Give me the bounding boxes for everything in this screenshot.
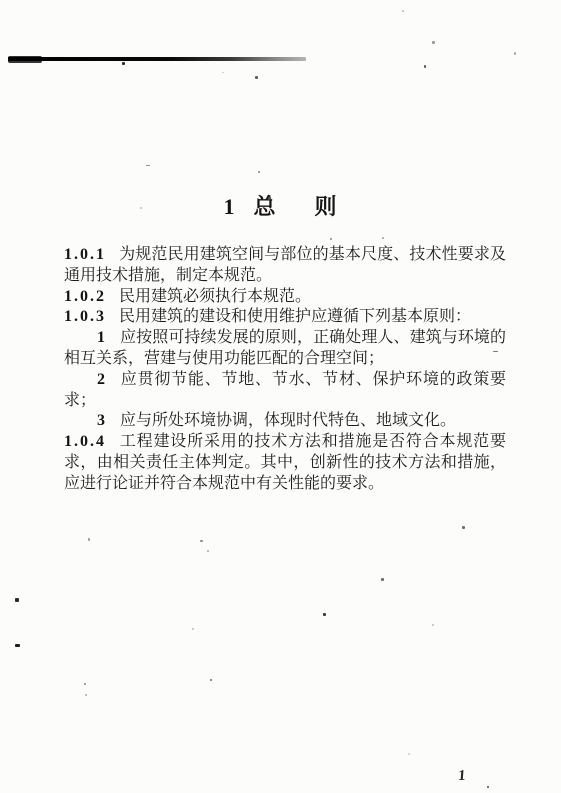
scan-speck [381, 578, 384, 581]
scan-speck [222, 72, 224, 73]
document-body: 1.0.1为规范民用建筑空间与部位的基本尺度、技术性要求及通用技术措施，制定本规… [64, 245, 506, 495]
scan-speck [207, 550, 209, 552]
clause-text: 民用建筑的建设和使用维护应遵循下列基本原则： [119, 308, 471, 325]
scan-speck [258, 171, 260, 173]
scan-speck [84, 683, 86, 685]
chapter-title-word: 则 [315, 194, 338, 219]
scan-speck [122, 62, 125, 65]
scan-speck [15, 598, 19, 602]
scan-speck [462, 526, 465, 529]
scan-speck [432, 41, 435, 44]
scan-speck [424, 65, 426, 68]
clause-paragraph: 1.0.1为规范民用建筑空间与部位的基本尺度、技术性要求及通用技术措施，制定本规… [64, 245, 506, 287]
scan-speck [330, 238, 332, 240]
scan-speck [15, 644, 20, 647]
clause-text: 为规范民用建筑空间与部位的基本尺度、技术性要求及通用技术措施，制定本规范。 [64, 246, 506, 284]
scan-speck [382, 237, 384, 239]
chapter-title-word: 总 [253, 194, 276, 219]
scan-speck [192, 628, 194, 630]
scan-speck [146, 165, 150, 166]
scan-speck [408, 753, 410, 755]
clause-paragraph: 2应贯彻节能、节地、节水、节材、保护环境的政策要求； [64, 370, 506, 412]
clause-paragraph: 1应按照可持续发展的原则，正确处理人、建筑与环境的相互关系，营建与使用功能匹配的… [64, 328, 506, 370]
scan-speck [200, 540, 203, 542]
chapter-number: 1 [223, 194, 235, 219]
scan-speck [210, 679, 212, 681]
clause-number: 1.0.4 [64, 433, 106, 450]
clause-number: 1.0.2 [64, 288, 106, 305]
clause-text: 应按照可持续发展的原则，正确处理人、建筑与环境的相互关系，营建与使用功能匹配的合… [64, 329, 506, 367]
clause-text: 工程建设所采用的技术方法和措施是否符合本规范要求，由相关责任主体判定。其中，创新… [64, 433, 506, 492]
clause-paragraph: 3应与所处环境协调，体现时代特色、地域文化。 [64, 411, 506, 432]
clause-number: 1.0.1 [64, 246, 106, 263]
clause-number: 1 [97, 329, 105, 346]
scan-speck [255, 76, 258, 79]
scan-speck [402, 10, 404, 12]
scan-speck [88, 538, 90, 541]
scan-speck [514, 52, 516, 55]
chapter-title: 1总则 [0, 190, 561, 221]
clause-text: 应与所处环境协调，体现时代特色、地域文化。 [120, 412, 456, 429]
scan-horizontal-rule [8, 57, 306, 61]
page-number: 1 [457, 768, 466, 785]
scan-speck [323, 613, 326, 616]
clause-text: 民用建筑必须执行本规范。 [119, 288, 311, 305]
scan-speck [432, 624, 434, 626]
scan-speck [487, 786, 489, 788]
clause-number: 3 [97, 412, 105, 429]
clause-paragraph: 1.0.4工程建设所采用的技术方法和措施是否符合本规范要求，由相关责任主体判定。… [64, 432, 506, 494]
clause-paragraph: 1.0.2民用建筑必须执行本规范。 [64, 287, 506, 308]
scan-speck [85, 694, 87, 696]
clause-number: 1.0.3 [64, 308, 106, 325]
clause-number: 2 [97, 371, 105, 388]
scanned-document-page: 1总则 1.0.1为规范民用建筑空间与部位的基本尺度、技术性要求及通用技术措施，… [0, 0, 561, 793]
clause-text: 应贯彻节能、节地、节水、节材、保护环境的政策要求； [64, 371, 506, 409]
clause-paragraph: 1.0.3民用建筑的建设和使用维护应遵循下列基本原则： [64, 307, 506, 328]
